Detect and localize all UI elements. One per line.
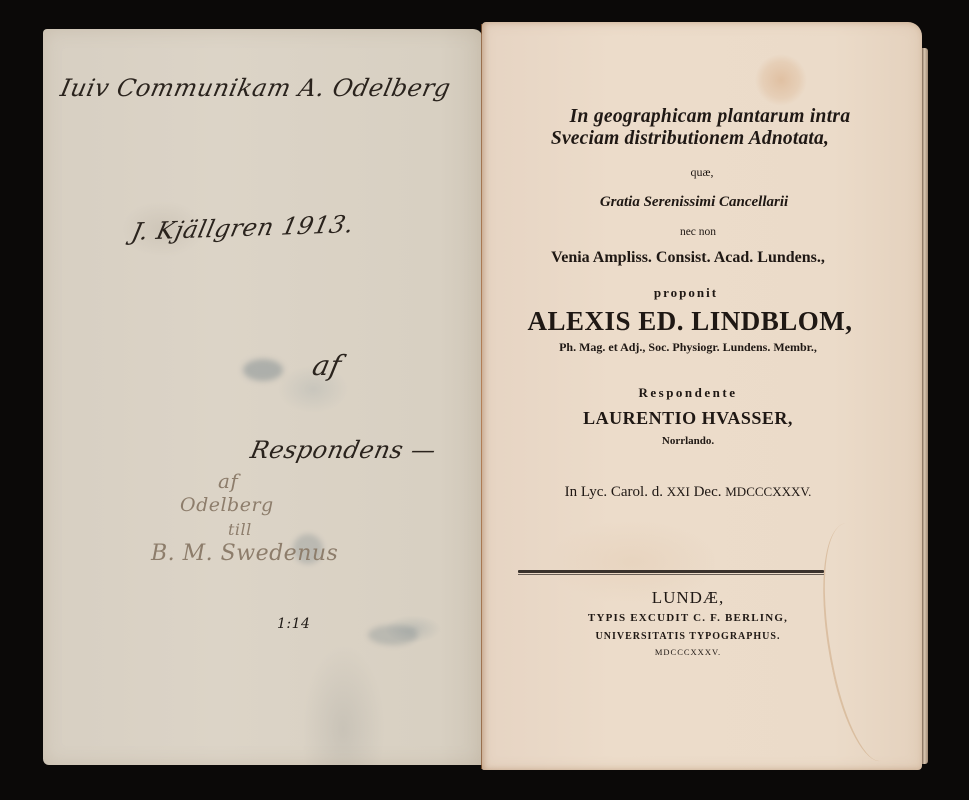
imprint-rule-thick [518,570,824,573]
author-credentials: Ph. Mag. et Adj., Soc. Physiogr. Lundens… [468,340,908,355]
inscription-respondens: Respondens — [248,436,439,464]
author-name: ALEXIS ED. LINDBLOM, [470,306,910,337]
quae-text: quæ, [482,165,922,180]
date-prefix: In Lyc. Carol. d. [565,484,663,500]
gratia-line: Gratia Serenissimi Cancellarii [474,194,914,211]
respondent-origin: Norrlando. [468,435,908,447]
pencil-note-till: till [228,520,252,539]
proponit-text: proponit [466,285,906,301]
respondent-name: LAURENTIO HVASSER, [468,408,908,429]
inscription-dedication: Iuiv Communikam A. Odelberg [58,74,453,102]
date-month: Dec. [694,484,722,500]
imprint-year: MDCCCXXXV. [468,647,908,657]
water-stain [803,517,923,767]
title-line-1: In geographicam plantarum intra [482,106,930,128]
inscription-af: af [309,349,344,382]
respondente-label: Respondente [468,385,908,401]
defense-date: In Lyc. Carol. d. XXI Dec. MDCCCXXXV. [468,484,908,501]
imprint-printer: TYPIS EXCUDIT C. F. BERLING, [468,612,908,624]
left-page-flyleaf: Iuiv Communikam A. Odelberg J. Kjällgren… [43,29,483,765]
pencil-note-swedenus: B. M. Swedenus [151,541,338,566]
inscription-owner-signature: J. Kjällgren 1913. [129,210,357,246]
ink-smudge [368,625,418,645]
book-spread: Iuiv Communikam A. Odelberg J. Kjällgren… [0,0,969,800]
date-year: MDCCCXXXV. [725,484,811,499]
shelf-mark-note: 1:14 [277,616,310,632]
page-fore-edge [922,48,928,764]
imprint-printer-role: UNIVERSITATIS TYPOGRAPHUS. [468,631,908,642]
date-day: XXI [667,484,690,499]
ink-smudge [243,359,283,381]
imprint-place: LUNDÆ, [468,588,908,608]
venia-line: Venia Ampliss. Consist. Acad. Lundens., [468,249,908,267]
imprint-rule-thin [518,574,824,575]
pencil-note-af: af [218,469,238,493]
right-page-title-page: In geographicam plantarum intra Sveciam … [482,22,922,770]
title-line-2: Sveciam distributionem Adnotata, [470,128,910,150]
nec-non-text: nec non [478,226,918,238]
pencil-note-odelberg: Odelberg [180,494,274,516]
